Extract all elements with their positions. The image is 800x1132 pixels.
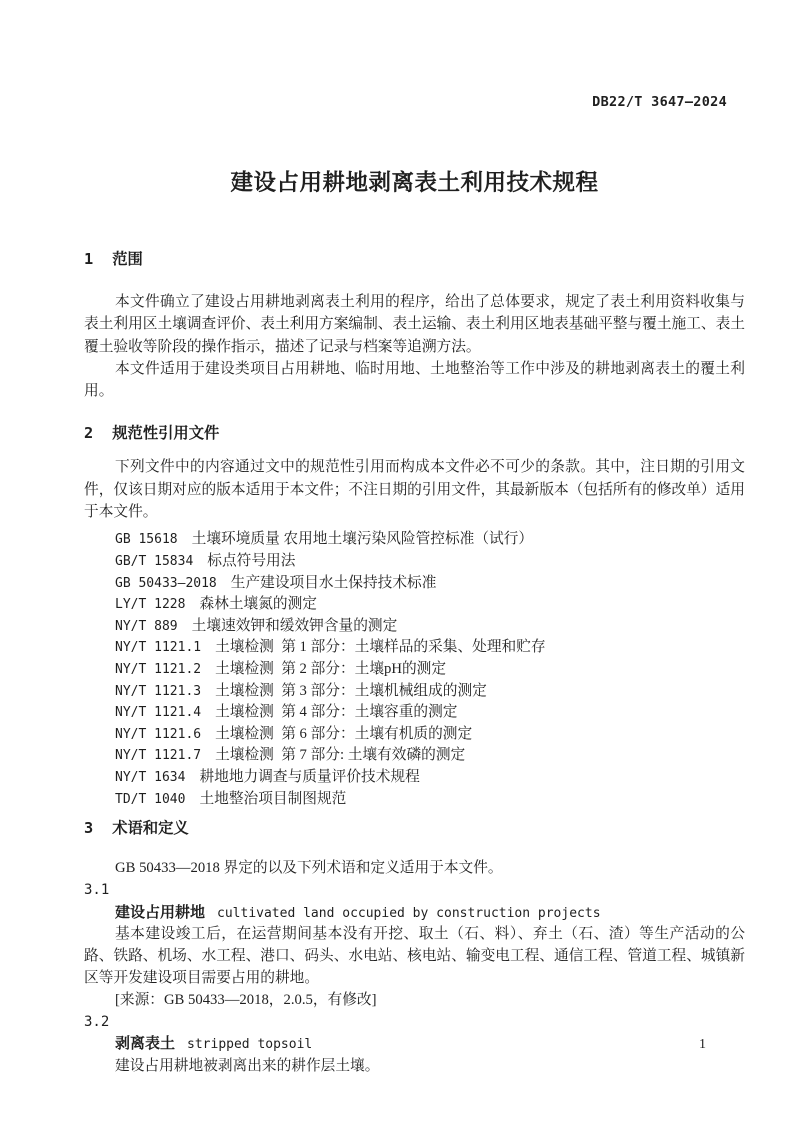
reference-item: NY/T 1121.1土壤检测 第 1 部分：土壤样品的采集、处理和贮存	[84, 637, 745, 659]
reference-code: NY/T 1634	[115, 770, 185, 785]
references-list: GB 15618土壤环境质量 农用地土壤污染风险管控标准（试行） GB/T 15…	[84, 529, 745, 810]
section-2-number: 2	[84, 424, 93, 442]
reference-code: GB 15618	[115, 532, 178, 547]
document-page: DB22/T 3647—2024 建设占用耕地剥离表土利用技术规程 1范围 本文…	[0, 0, 800, 1132]
reference-code: LY/T 1228	[115, 597, 185, 612]
reference-item: NY/T 1121.6土壤检测 第 6 部分：土壤有机质的测定	[84, 724, 745, 746]
reference-code: NY/T 1121.6	[115, 727, 201, 742]
reference-title: 土壤速效钾和缓效钾含量的测定	[192, 618, 398, 634]
page-number: 1	[699, 1036, 706, 1054]
reference-item: NY/T 1634耕地地力调查与质量评价技术规程	[84, 767, 745, 789]
term-source: [来源：GB 50433—2018，2.0.5，有修改]	[84, 990, 745, 1012]
reference-title: 耕地地力调查与质量评价技术规程	[199, 769, 419, 785]
reference-title: 土壤检测 第 6 部分：土壤有机质的测定	[215, 726, 472, 742]
section-3-heading: 3术语和定义	[84, 817, 745, 840]
section-3-number: 3	[84, 819, 93, 837]
reference-title: 土地整治项目制图规范	[199, 791, 346, 807]
terms-intro: GB 50433—2018 界定的以及下列术语和定义适用于本文件。	[84, 858, 745, 880]
reference-title: 土壤检测 第 1 部分：土壤样品的采集、处理和贮存	[215, 639, 545, 655]
term-number: 3.1	[84, 880, 745, 902]
reference-item: NY/T 1121.2土壤检测 第 2 部分：土壤pH的测定	[84, 659, 745, 681]
reference-title: 土壤检测 第 7 部分: 土壤有效磷的测定	[215, 747, 465, 763]
term-definition: 建设占用耕地被剥离出来的耕作层土壤。	[84, 1056, 745, 1078]
term-block-3-1: 3.1 建设占用耕地cultivated land occupied by co…	[84, 880, 745, 1012]
reference-title: 森林土壤氮的测定	[199, 596, 317, 612]
term-heading: 建设占用耕地cultivated land occupied by constr…	[84, 902, 745, 925]
term-definition: 基本建设竣工后，在运营期间基本没有开挖、取土（石、料）、弃土（石、渣）等生产活动…	[84, 924, 745, 989]
reference-title: 生产建设项目水土保持技术标准	[231, 575, 437, 591]
reference-code: NY/T 1121.4	[115, 705, 201, 720]
reference-item: GB 15618土壤环境质量 农用地土壤污染风险管控标准（试行）	[84, 529, 745, 551]
scope-paragraph-1: 本文件确立了建设占用耕地剥离表土利用的程序，给出了总体要求，规定了表土利用资料收…	[84, 291, 745, 358]
reference-title: 土壤检测 第 2 部分：土壤pH的测定	[215, 661, 446, 677]
reference-code: GB 50433—2018	[115, 576, 217, 591]
section-1-heading: 1范围	[84, 248, 745, 271]
reference-item: NY/T 1121.3土壤检测 第 3 部分：土壤机械组成的测定	[84, 681, 745, 703]
reference-code: NY/T 1121.2	[115, 662, 201, 677]
reference-title: 土壤检测 第 3 部分：土壤机械组成的测定	[215, 683, 487, 699]
section-1-title: 范围	[112, 251, 143, 268]
reference-code: NY/T 889	[115, 619, 178, 634]
reference-code: NY/T 1121.3	[115, 684, 201, 699]
document-title: 建设占用耕地剥离表土利用技术规程	[84, 168, 745, 198]
reference-title: 土壤环境质量 农用地土壤污染风险管控标准（试行）	[192, 531, 534, 547]
reference-code: GB/T 15834	[115, 554, 193, 569]
reference-item: NY/T 889土壤速效钾和缓效钾含量的测定	[84, 616, 745, 638]
terms-and-definitions: GB 50433—2018 界定的以及下列术语和定义适用于本文件。 3.1 建设…	[84, 858, 745, 1078]
reference-item: GB 50433—2018生产建设项目水土保持技术标准	[84, 573, 745, 595]
term-heading: 剥离表土stripped topsoil	[84, 1033, 745, 1056]
term-zh: 建设占用耕地	[115, 904, 205, 921]
term-zh: 剥离表土	[115, 1035, 175, 1052]
reference-title: 标点符号用法	[207, 553, 295, 569]
term-number: 3.2	[84, 1012, 745, 1034]
reference-item: NY/T 1121.7土壤检测 第 7 部分: 土壤有效磷的测定	[84, 745, 745, 767]
reference-item: NY/T 1121.4土壤检测 第 4 部分：土壤容重的测定	[84, 702, 745, 724]
doc-number: DB22/T 3647—2024	[84, 93, 745, 111]
reference-code: TD/T 1040	[115, 792, 185, 807]
section-2-heading: 2规范性引用文件	[84, 422, 745, 445]
reference-item: LY/T 1228森林土壤氮的测定	[84, 594, 745, 616]
reference-code: NY/T 1121.1	[115, 640, 201, 655]
reference-item: TD/T 1040土地整治项目制图规范	[84, 789, 745, 811]
scope-paragraph-2: 本文件适用于建设类项目占用耕地、临时用地、土地整治等工作中涉及的耕地剥离表土的覆…	[84, 358, 745, 403]
term-en: stripped topsoil	[187, 1037, 312, 1052]
reference-title: 土壤检测 第 4 部分：土壤容重的测定	[215, 704, 457, 720]
term-block-3-2: 3.2 剥离表土stripped topsoil 建设占用耕地被剥离出来的耕作层…	[84, 1012, 745, 1078]
reference-item: GB/T 15834标点符号用法	[84, 551, 745, 573]
section-1-number: 1	[84, 250, 93, 268]
section-3-title: 术语和定义	[112, 820, 189, 837]
reference-code: NY/T 1121.7	[115, 748, 201, 763]
term-en: cultivated land occupied by construction…	[217, 906, 601, 921]
section-2-title: 规范性引用文件	[112, 425, 219, 442]
normative-refs-intro: 下列文件中的内容通过文中的规范性引用而构成本文件必不可少的条款。其中，注日期的引…	[84, 456, 745, 523]
